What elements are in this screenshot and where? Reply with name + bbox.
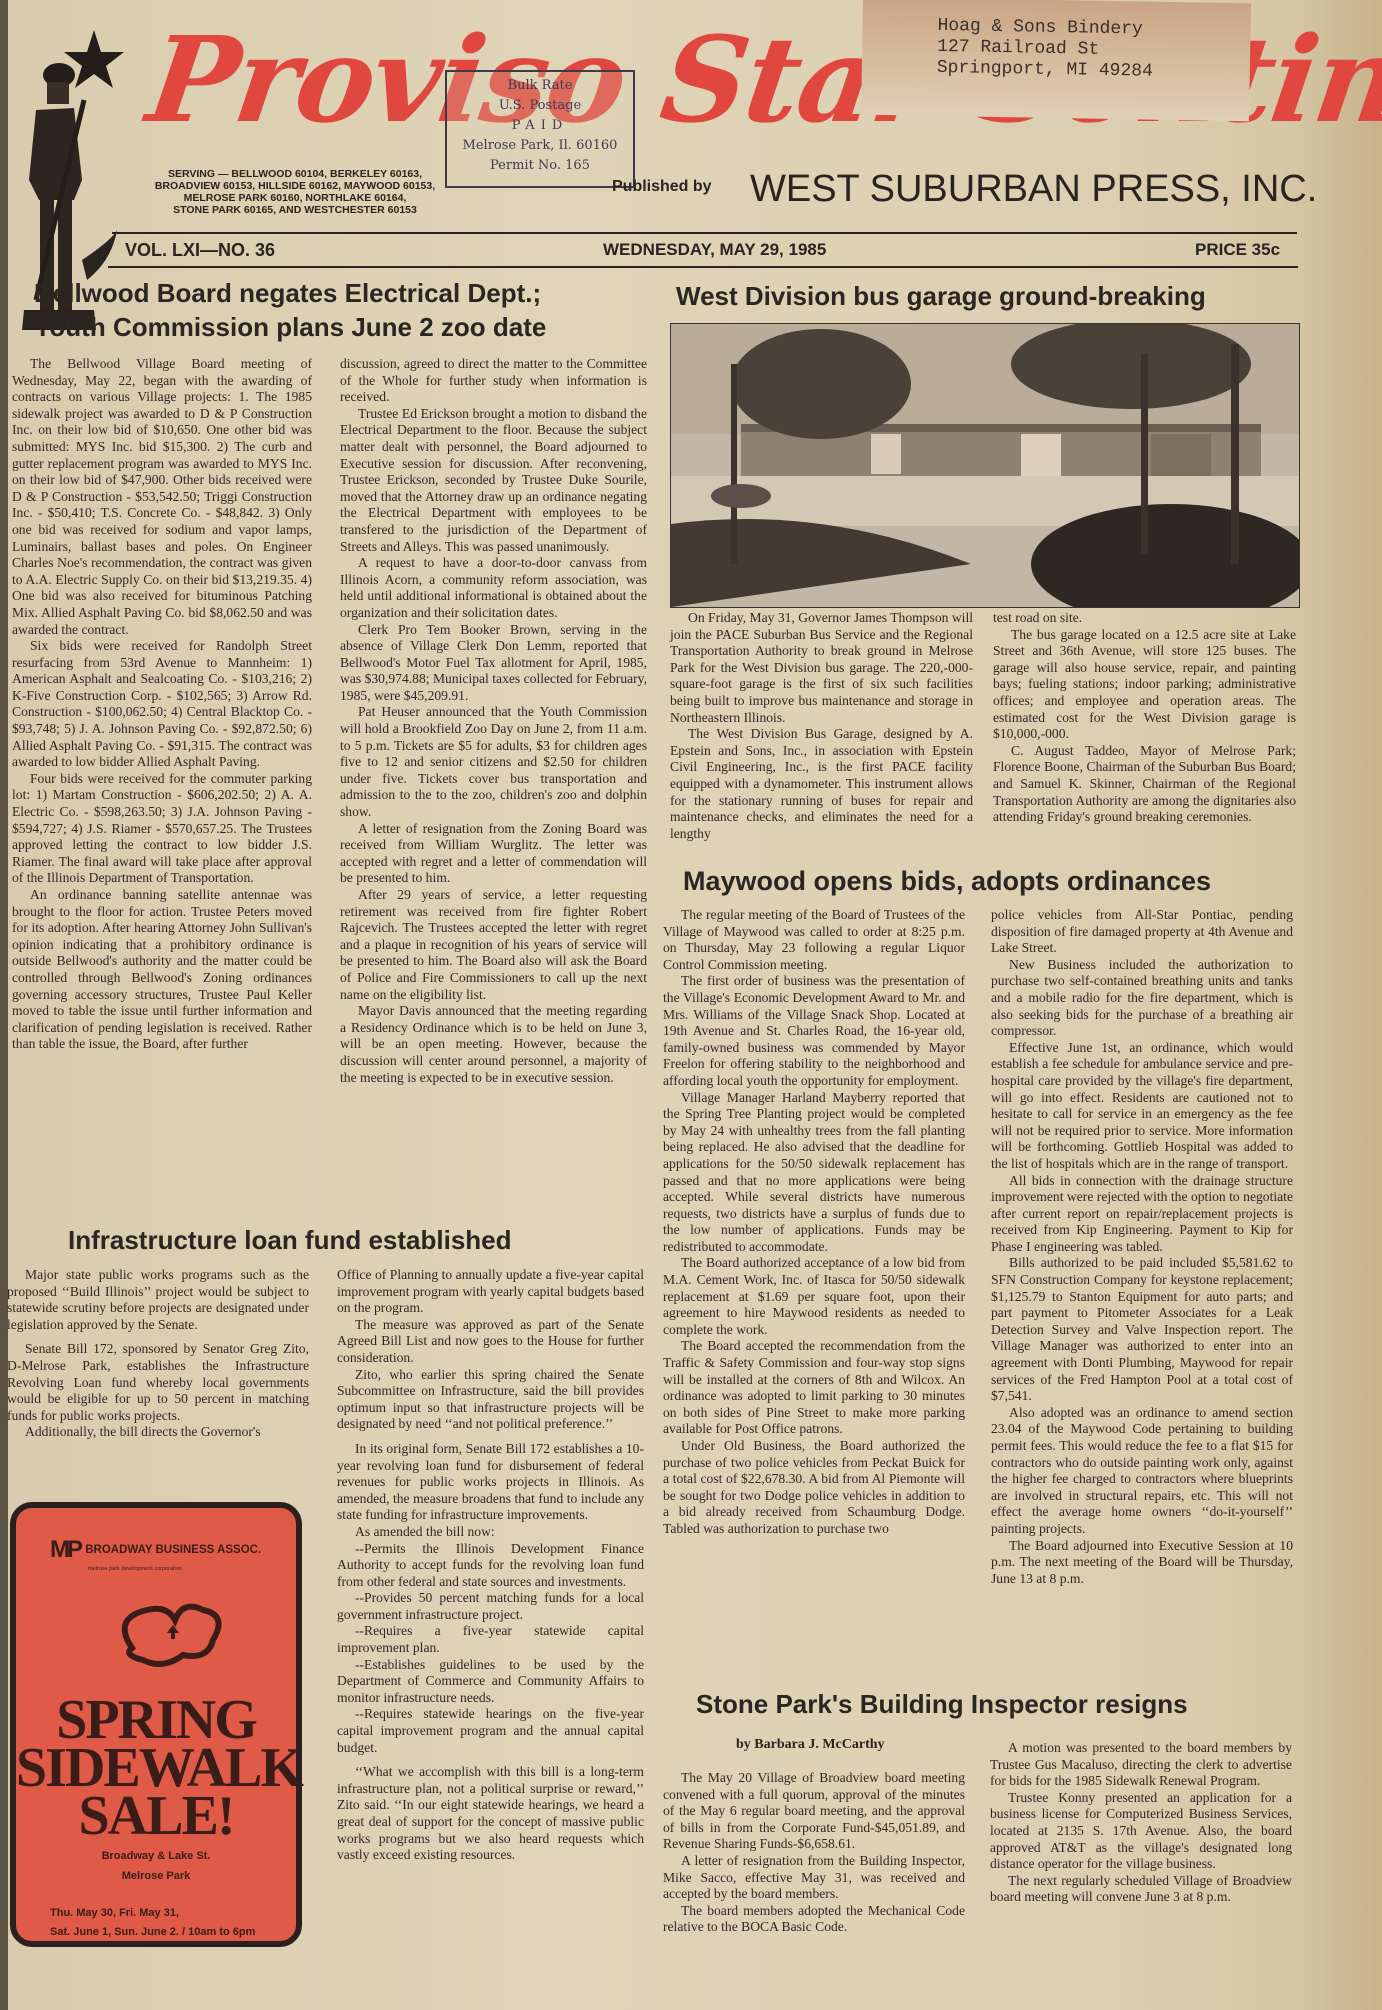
headline-line: Bellwood Board negates Electrical Dept.; — [34, 276, 546, 310]
paragraph: Trustee Ed Erickson brought a motion to … — [340, 406, 647, 555]
publisher-name: WEST SUBURBAN PRESS, INC. — [750, 168, 1317, 211]
paragraph: New Business included the authorization … — [991, 957, 1293, 1040]
paragraph: --Permits the Illinois Development Finan… — [337, 1541, 644, 1591]
paragraph: The first order of business was the pres… — [663, 973, 965, 1089]
headline-bus-garage: West Division bus garage ground-breaking — [676, 281, 1206, 312]
paragraph: The regular meeting of the Board of Trus… — [663, 907, 965, 973]
paragraph: police vehicles from All-Star Pontiac, p… — [991, 907, 1293, 957]
paragraph: An ordinance banning satellite antennae … — [12, 887, 312, 1053]
article-infrastructure-col2: Office of Planning to annually update a … — [337, 1267, 644, 1864]
paragraph: A motion was presented to the board memb… — [990, 1740, 1292, 1790]
volume-number: VOL. LXI—NO. 36 — [125, 240, 275, 261]
paragraph: Effective June 1st, an ordinance, which … — [991, 1040, 1293, 1173]
serving-line: STONE PARK 60165, AND WESTCHESTER 60153 — [110, 204, 480, 216]
broadway-business-assoc-logo: MP BROADWAY BUSINESS ASSOC. — [50, 1536, 261, 1564]
building-rendering-image — [671, 324, 1299, 607]
paragraph: The measure was approved as part of the … — [337, 1317, 644, 1367]
paragraph: All bids in connection with the drainage… — [991, 1173, 1293, 1256]
headline-stone-park: Stone Park's Building Inspector resigns — [696, 1689, 1188, 1720]
bus-garage-photo — [670, 323, 1300, 608]
sale-location: Broadway & Lake St. Melrose Park — [16, 1846, 296, 1886]
paragraph: A letter of resignation from the Buildin… — [663, 1853, 965, 1903]
serving-line: MELROSE PARK 60160, NORTHLAKE 60164, — [110, 192, 480, 204]
serving-line: SERVING — BELLWOOD 60104, BERKELEY 60163… — [110, 168, 480, 180]
article-maywood-col1: The regular meeting of the Board of Trus… — [663, 907, 965, 1538]
paragraph: Trustee Konny presented an application f… — [990, 1790, 1292, 1873]
paragraph: A letter of resignation from the Zoning … — [340, 821, 647, 887]
sale-dates: Thu. May 30, Fri. May 31, Sat. June 1, S… — [50, 1904, 255, 1942]
paragraph: --Establishes guidelines to be used by t… — [337, 1657, 644, 1707]
page-shadow — [1292, 0, 1382, 2010]
paragraph: Major state public works programs such a… — [7, 1267, 309, 1333]
sponsor-subtitle: melrose park development corporation — [88, 1566, 182, 1572]
mailing-label: Hoag & Sons Bindery 127 Railroad St Spri… — [861, 0, 1251, 121]
paragraph: Village Manager Harland Mayberry reporte… — [663, 1090, 965, 1256]
article-bus-garage-col1: On Friday, May 31, Governor James Thomps… — [670, 610, 973, 842]
paragraph: Six bids were received for Randolph Stre… — [12, 638, 312, 771]
article-stone-park-col1: The May 20 Village of Broadview board me… — [663, 1770, 965, 1936]
paragraph: Also adopted was an ordinance to amend s… — [991, 1405, 1293, 1538]
postage-line: Permit No. 165 — [447, 156, 633, 176]
spring-sidewalk-sale-ad: MP BROADWAY BUSINESS ASSOC. melrose park… — [10, 1502, 302, 1947]
headline-line: Youth Commission plans June 2 zoo date — [34, 310, 546, 344]
paragraph: Clerk Pro Tem Booker Brown, serving in t… — [340, 622, 647, 705]
postage-line: Melrose Park, Il. 60160 — [447, 136, 633, 156]
paragraph: The May 20 Village of Broadview board me… — [663, 1770, 965, 1853]
dates-line: Sat. June 1, Sun. June 2. / 10am to 6pm — [50, 1923, 255, 1942]
paragraph: The Board accepted the recommendation fr… — [663, 1338, 965, 1438]
paragraph: The Board adjourned into Executive Sessi… — [991, 1538, 1293, 1588]
price: PRICE 35c — [1195, 240, 1280, 260]
article-bellwood-col2: discussion, agreed to direct the matter … — [340, 356, 647, 1086]
headline-line: SALE! — [16, 1792, 296, 1840]
paragraph: The next regularly scheduled Village of … — [990, 1873, 1292, 1906]
paragraph: test road on site. — [993, 610, 1296, 627]
paragraph: Pat Heuser announced that the Youth Comm… — [340, 704, 647, 820]
paragraph: Four bids were received for the commuter… — [12, 771, 312, 887]
paragraph: Under Old Business, the Board authorized… — [663, 1438, 965, 1538]
issue-date: WEDNESDAY, MAY 29, 1985 — [603, 240, 826, 260]
page-edge — [0, 0, 8, 2010]
sale-headline: SPRING SIDEWALK SALE! — [16, 1696, 296, 1840]
mp-logo-icon: MP — [50, 1536, 80, 1564]
paragraph: --Requires a five-year statewide capital… — [337, 1623, 644, 1656]
paragraph: A request to have a door-to-door canvass… — [340, 555, 647, 621]
paragraph: C. August Taddeo, Mayor of Melrose Park;… — [993, 743, 1296, 826]
paragraph: ‘‘What we accomplish with this bill is a… — [337, 1764, 644, 1864]
flower-cloud-icon — [112, 1598, 232, 1678]
article-stone-park-col2: A motion was presented to the board memb… — [990, 1740, 1292, 1906]
paragraph: Senate Bill 172, sponsored by Senator Gr… — [7, 1341, 309, 1424]
byline: by Barbara J. McCarthy — [736, 1737, 885, 1753]
paragraph: The Board authorized acceptance of a low… — [663, 1255, 965, 1338]
paragraph: Office of Planning to annually update a … — [337, 1267, 644, 1317]
headline-infrastructure: Infrastructure loan fund established — [68, 1225, 512, 1256]
divider — [108, 266, 1298, 268]
paragraph: In its original form, Senate Bill 172 es… — [337, 1441, 644, 1524]
paragraph: --Provides 50 percent matching funds for… — [337, 1590, 644, 1623]
paragraph: Mayor Davis announced that the meeting r… — [340, 1003, 647, 1086]
article-infrastructure-col1: Major state public works programs such a… — [7, 1267, 309, 1441]
headline-bellwood: Bellwood Board negates Electrical Dept.;… — [34, 276, 546, 344]
paragraph: Zito, who earlier this spring chaired th… — [337, 1367, 644, 1433]
paragraph: The board members adopted the Mechanical… — [663, 1903, 965, 1936]
paragraph: The bus garage located on a 12.5 acre si… — [993, 627, 1296, 743]
label-line: Springport, MI 49284 — [937, 58, 1250, 84]
article-maywood-col2: police vehicles from All-Star Pontiac, p… — [991, 907, 1293, 1587]
paragraph: --Requires statewide hearings on the fiv… — [337, 1706, 644, 1756]
location-line: Broadway & Lake St. — [16, 1846, 296, 1866]
postage-line: PAID — [447, 116, 633, 136]
paragraph: Bills authorized to be paid included $5,… — [991, 1255, 1293, 1404]
article-bus-garage-col2: test road on site. The bus garage locate… — [993, 610, 1296, 826]
headline-maywood: Maywood opens bids, adopts ordinances — [683, 866, 1211, 897]
serving-communities: SERVING — BELLWOOD 60104, BERKELEY 60163… — [110, 168, 480, 216]
paragraph: After 29 years of service, a letter requ… — [340, 887, 647, 1003]
dates-line: Thu. May 30, Fri. May 31, — [50, 1904, 255, 1923]
paragraph: The West Division Bus Garage, designed b… — [670, 726, 973, 842]
paragraph: On Friday, May 31, Governor James Thomps… — [670, 610, 973, 726]
paragraph: As amended the bill now: — [337, 1524, 644, 1541]
bulk-rate-postage-stamp: Bulk Rate U.S. Postage PAID Melrose Park… — [445, 70, 635, 188]
paragraph: The Bellwood Village Board meeting of We… — [12, 356, 312, 638]
postage-line: U.S. Postage — [447, 96, 633, 116]
article-bellwood-col1: The Bellwood Village Board meeting of We… — [12, 356, 312, 1053]
paragraph: Additionally, the bill directs the Gover… — [7, 1424, 309, 1441]
sponsor-name: BROADWAY BUSINESS ASSOC. — [85, 1544, 261, 1556]
paragraph: discussion, agreed to direct the matter … — [340, 356, 647, 406]
divider — [112, 232, 1297, 234]
postage-line: Bulk Rate — [447, 76, 633, 96]
location-line: Melrose Park — [16, 1866, 296, 1886]
newspaper-page: Proviso Star-Sentinel SERVING — BELLWOOD… — [0, 0, 1382, 2010]
published-by-label: Published by — [612, 178, 712, 196]
serving-line: BROADVIEW 60153, HILLSIDE 60162, MAYWOOD… — [110, 180, 480, 192]
